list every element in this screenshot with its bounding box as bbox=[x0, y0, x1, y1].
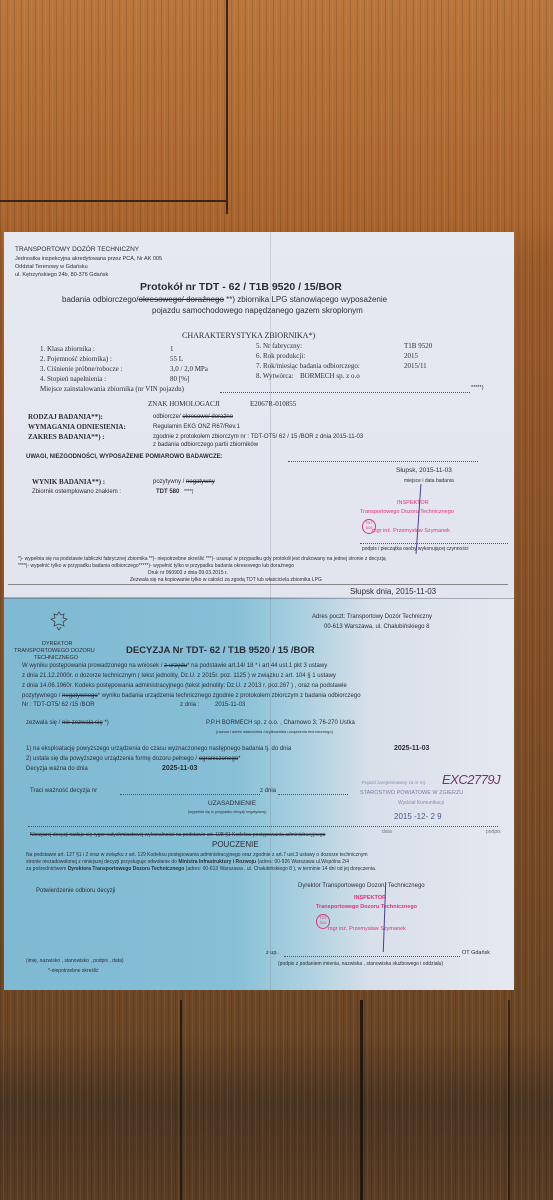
on-behalf-label: z up. bbox=[266, 950, 278, 956]
expires-date-label: z dnia bbox=[260, 788, 276, 794]
homologation-value: E2067R-010855 bbox=[250, 400, 296, 408]
instruction-text: stronie niezadowolonej z niniejszej decy… bbox=[26, 859, 349, 865]
scope-value-2: z badania odbiorczego partii zbiorników bbox=[153, 442, 258, 448]
issuer-line: TECHNICZNEGO bbox=[34, 655, 78, 661]
result-label: WYNIK BADANIA**) : bbox=[32, 478, 105, 486]
instruction-ministry: Ministra Infrastruktury i Rozwoju bbox=[178, 859, 256, 865]
result-value: pozytywny / negatywny bbox=[153, 479, 215, 485]
characteristic-label: 6. Rok produkcji: bbox=[256, 352, 305, 360]
test-type-text: odbiorcze/ bbox=[153, 414, 181, 420]
stamp-mark-label: Zbiornik ostemplowano znakiem : bbox=[32, 489, 121, 495]
floor-seam bbox=[180, 1000, 182, 1200]
expires-number-field[interactable] bbox=[120, 794, 260, 795]
receipt-label: Potwierdzenie odbioru decyzji bbox=[36, 888, 115, 894]
org-name: TRANSPORTOWY DOZÓR TECHNICZNY bbox=[15, 246, 139, 253]
signature-line bbox=[284, 956, 460, 957]
org-line: Jednostka inspekcyjna akredytowana przez… bbox=[15, 256, 162, 262]
subtitle-text: **) zbiornika LPG stanowiącego wyposażen… bbox=[224, 295, 387, 304]
decision-body: W wyniku postępowania prowadzonego na wn… bbox=[22, 663, 327, 669]
footnote: *)- wypełnia się na podstawie tabliczki … bbox=[18, 556, 386, 562]
characteristic-value: BORMECH sp. z o.o bbox=[300, 372, 360, 380]
body-text: W wyniku postępowania prowadzonego na wn… bbox=[22, 663, 164, 669]
requirements-value: Regulamin EKG ONZ R67/Rev.1 bbox=[153, 424, 240, 430]
characteristic-value: 2015 bbox=[404, 352, 418, 360]
requirements-label: WYMAGANIA ODNIESIENIA: bbox=[28, 423, 126, 431]
floor-seam bbox=[0, 200, 228, 202]
test-type-label: RODZAJ BADANIA**): bbox=[28, 413, 103, 421]
valid-until-label: Decyzja ważna do dnia bbox=[26, 766, 88, 772]
vin-suffix: *****) bbox=[471, 385, 484, 391]
body-text: pozytywnego / bbox=[22, 693, 62, 699]
point-2: 2) ustala się dla powyższego urządzenia … bbox=[26, 756, 241, 762]
instruction-span: (adres: 00-926 Warszawa ul.Wspólna 2/4 bbox=[256, 859, 349, 865]
point-2-struck: ograniczonego bbox=[199, 756, 238, 762]
registration-stamp-office: STAROSTWO POWIATOWE W ZGIERZU bbox=[360, 790, 463, 796]
next-inspection-date: 2025-11-03 bbox=[394, 745, 429, 752]
owner-name: P.P.H BORMECH sp. z o.o. , Charnowo 3; 7… bbox=[206, 720, 355, 726]
place-date-caption: miejsce i data badania bbox=[404, 478, 454, 484]
vin-field[interactable] bbox=[220, 392, 470, 393]
scope-label: ZAKRES BADANIA**) : bbox=[28, 433, 105, 441]
expires-label: Traci ważność decyzja nr bbox=[30, 788, 97, 794]
characteristic-label: 4. Stopień napełnienia : bbox=[40, 375, 106, 383]
postal-address: Adres poczt: Transportowy Dozór Technicz… bbox=[312, 614, 432, 620]
decision-title: DECYZJA Nr TDT- 62 / T1B 9520 / 15 /BOR bbox=[126, 645, 315, 656]
protocol-subtitle: badania odbiorczego/okresowego/ doraźneg… bbox=[62, 295, 387, 304]
copy-note: Zezwala się na kopiowanie tylko w całośc… bbox=[130, 577, 322, 583]
registration-stamp-date: 2015 -12- 2 9 bbox=[394, 812, 442, 821]
rigor-note: Niniejszej decyzji nadaje się rygor naty… bbox=[30, 832, 325, 838]
protocol-place-date: Słupsk, 2015-11-03 bbox=[396, 467, 452, 474]
decision-body: pozytywnego / negatywnego* wyniku badani… bbox=[22, 693, 361, 699]
characteristic-value: 80 [%] bbox=[170, 375, 189, 383]
eagle-emblem-icon bbox=[48, 610, 70, 632]
point-1: 1) na eksploatację powyższego urządzenia… bbox=[26, 746, 291, 752]
instruction-heading: POUCZENIE bbox=[212, 840, 259, 849]
body-struck: z urzędu bbox=[164, 663, 187, 669]
remarks-label: UWAGI, NIEZGODNOŚCI, WYPOSAŻENIE POMIARO… bbox=[26, 454, 223, 460]
signature-caption: (podpis z podaniem imienia, nazwiska , s… bbox=[278, 961, 443, 967]
org-line: Oddział Terenowy w Gdańsku bbox=[15, 264, 88, 270]
protocol-subtitle-2: pojazdu samochodowego napędzanego gazem … bbox=[152, 306, 363, 315]
body-text: * wyniku badania urządzenia technicznego… bbox=[98, 693, 361, 699]
characteristic-value: 2015/11 bbox=[404, 362, 427, 370]
document-sheet: TRANSPORTOWY DOZÓR TECHNICZNY Jednostka … bbox=[4, 232, 514, 990]
subtitle-text: badania odbiorczego/ bbox=[62, 295, 139, 304]
inspector-stamp-org: Transportowego Dozoru Technicznego bbox=[360, 509, 454, 515]
expires-date-field[interactable] bbox=[278, 794, 348, 795]
permit-struck: nie zezwala się bbox=[62, 720, 103, 726]
footnote: ****)- wypełnić tylko w przypadku badani… bbox=[18, 563, 294, 569]
signature-line bbox=[360, 543, 508, 544]
floor-seam bbox=[360, 1000, 363, 1200]
decision-place-date: Słupsk dnia, 2015-11-03 bbox=[350, 587, 436, 596]
registration-number: EXC2779J bbox=[442, 772, 500, 787]
characteristic-label: 2. Pojemność zbiornika) : bbox=[40, 355, 112, 363]
registration-sign-caption: podpis bbox=[486, 829, 501, 835]
print-number: Druk nr 060903 z dnia 09.03.2015 r. bbox=[148, 570, 228, 576]
inspector-stamp-title: INSPEKTOR bbox=[354, 895, 386, 901]
instruction-text: Na podstawie art. 127 §1 i 2 oraz w zwią… bbox=[26, 852, 368, 858]
justification-heading: UZASADNIENIE bbox=[208, 800, 256, 807]
receipt-caption: (imię, nazwisko , stanowisko , podpis , … bbox=[26, 958, 124, 964]
point-2-text: * bbox=[238, 756, 240, 762]
result-text: pozytywny / bbox=[153, 479, 186, 485]
signature-caption: podpis i pieczątka osoby wykonującej czy… bbox=[362, 546, 468, 552]
protocol-title: Protokół nr TDT - 62 / T1B 9520 / 15/BOR bbox=[140, 281, 342, 293]
characteristic-value: 55 L bbox=[170, 355, 183, 363]
inspector-stamp-title: INSPEKTOR bbox=[397, 500, 429, 506]
characteristic-label: 7. Rok/miesiąc badania odbiorczego: bbox=[256, 362, 360, 370]
permit-text: zezwala się / bbox=[26, 720, 62, 726]
branch-label: OT Gdańsk bbox=[462, 950, 490, 956]
test-type-value: odbiorcze/ okresowe/ doraźne bbox=[153, 414, 233, 420]
characteristic-label: 3. Ciśnienie próbne/robocze : bbox=[40, 365, 122, 373]
reference-date-label: z dnia : bbox=[180, 702, 199, 708]
org-line: ul. Kętrzyńskiego 24b, 80-376 Gdańsk bbox=[15, 272, 108, 278]
instruction-span: za pośrednictwem bbox=[26, 866, 68, 872]
owner-caption: (nazwa i adres właściciela /użytkownika … bbox=[216, 729, 333, 734]
inspector-name: mgr inż. Przemysław Szymanek bbox=[372, 528, 450, 534]
director-label: Dyrektor Transportowego Dozoru Techniczn… bbox=[298, 883, 425, 889]
decision-body: z dnia 14.06.1960r. Kodeks postępowania … bbox=[22, 683, 347, 689]
instruction-span: (adres: 00-613 Warszawa , ul. Chałubińsk… bbox=[184, 866, 376, 872]
point-2-text: 2) ustala się dla powyższego urządzenia … bbox=[26, 756, 199, 762]
issuer-line: DYREKTOR bbox=[42, 641, 72, 647]
subtitle-struck: okresowego/ doraźnego bbox=[139, 295, 224, 304]
vin-label: Miejsce zainstalowania zbiornika (nr VIN… bbox=[40, 385, 184, 393]
characteristic-label: 5. Nr fabryczny: bbox=[256, 342, 302, 350]
remarks-field[interactable] bbox=[288, 461, 478, 462]
decision-body: z dnia 21.12.2000r. o dozorze techniczny… bbox=[22, 673, 336, 679]
divider bbox=[8, 584, 508, 585]
registration-date-caption: data bbox=[382, 829, 392, 835]
reference-number: Nr : TDT-OT5/ 62 /15 /BOR bbox=[22, 702, 95, 708]
registration-stamp-line: Pojazd zarejestrowany za nr rej. bbox=[362, 780, 426, 785]
characteristic-value: 1 bbox=[170, 345, 174, 353]
decision-footnote: *-niepotrzebne skreślić bbox=[48, 968, 99, 974]
inspector-stamp-org: Transportowego Dozoru Technicznego bbox=[316, 904, 417, 910]
instruction-text: za pośrednictwem Dyrektora Transportoweg… bbox=[26, 866, 376, 872]
result-struck: negatywny bbox=[186, 479, 215, 485]
reference-date: 2015-11-03 bbox=[215, 702, 245, 708]
characteristic-value: T1B 9520 bbox=[404, 342, 432, 350]
test-type-struck: okresowe/ doraźne bbox=[182, 414, 233, 420]
permit-choice: zezwala się / nie zezwala się *) bbox=[26, 720, 109, 726]
scope-value: zgodnie z protokołem zbiorczym nr : TDT-… bbox=[153, 434, 363, 440]
homologation-label: ZNAK HOMOLOGACJI bbox=[148, 400, 220, 408]
floor-seam bbox=[226, 0, 228, 214]
instruction-director: Dyrektora Transportowego Dozoru Technicz… bbox=[68, 866, 185, 872]
stamp-mark-suffix: ****) bbox=[184, 489, 193, 495]
characteristic-label: 8. Wytwórca: bbox=[256, 372, 294, 380]
registration-stamp-dept: Wydział Komunikacji bbox=[398, 800, 444, 806]
justification-field[interactable] bbox=[28, 826, 498, 827]
valid-until-date: 2025-11-03 bbox=[162, 765, 197, 772]
characteristic-label: 1. Klasa zbiornika : bbox=[40, 345, 95, 353]
issuer-line: TRANSPORTOWEGO DOZORU bbox=[14, 648, 95, 654]
characteristics-heading: CHARAKTERYSTYKA ZBIORNIKA*) bbox=[182, 331, 315, 340]
floor-seam bbox=[508, 1000, 510, 1200]
inspector-name: mgr inż. Przemysław Szymanek bbox=[328, 926, 406, 932]
body-text: * na podstawie art.14/ 18 * i art 44 ust… bbox=[187, 663, 327, 669]
postal-address: 00-613 Warszawa, ul. Chałubińskiego 8 bbox=[324, 624, 430, 630]
justification-caption: (wypełnia się w przypadku decyzji negaty… bbox=[188, 810, 267, 814]
badge-text: TDT 510 bbox=[319, 915, 327, 925]
instruction-span: stronie niezadowolonej z niniejszej decy… bbox=[26, 859, 178, 865]
stamp-mark-value: TDT 580 bbox=[156, 489, 179, 495]
body-struck: negatywnego bbox=[62, 693, 98, 699]
fold-line bbox=[4, 598, 514, 599]
permit-text: *) bbox=[103, 720, 109, 726]
characteristic-value: 3,0 / 2,0 MPa bbox=[170, 365, 208, 373]
